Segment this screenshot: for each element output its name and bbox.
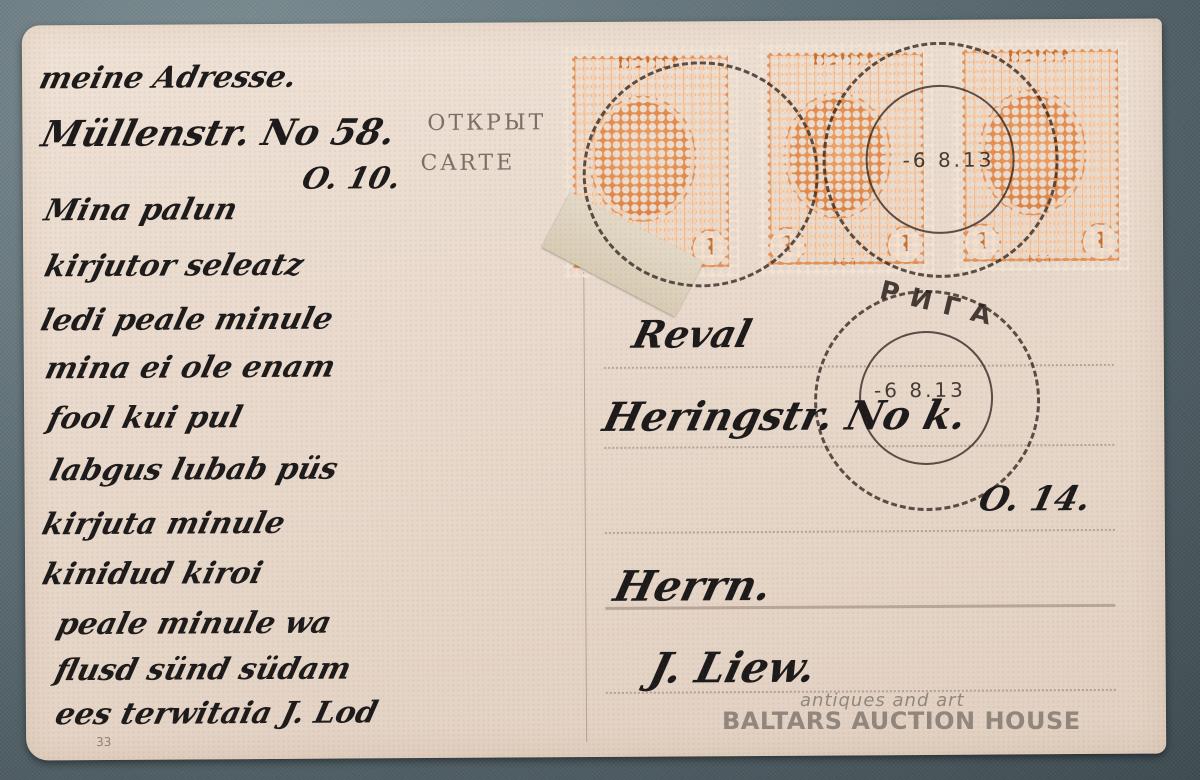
cancel-date: -6 8.13 bbox=[903, 148, 995, 173]
address-street: Heringstr. No k. bbox=[598, 392, 971, 441]
printed-title-french: CARTE bbox=[421, 150, 516, 176]
watermark: antiques and art BALTARS AUCTION HOUSE bbox=[722, 690, 1081, 735]
watermark-title: BALTARS AUCTION HOUSE bbox=[722, 707, 1081, 735]
message-line: ees terwitaia J. Lod bbox=[52, 695, 381, 732]
postcard: ОТКРЫТ CARTE ПОЧТА 1 1 КОП. ПОЧТА 1 1 КО… bbox=[22, 19, 1166, 761]
message-line: flusd sünd südam bbox=[51, 651, 354, 688]
printed-title-russian: ОТКРЫТ bbox=[427, 110, 546, 136]
message-line: labgus lubab püs bbox=[46, 452, 341, 489]
cancel-mark bbox=[582, 61, 819, 288]
message-line: kirjutor seleatz bbox=[41, 248, 307, 285]
message-line: O. 10. bbox=[298, 161, 404, 197]
address-line bbox=[605, 529, 1115, 534]
message-line: Müllenstr. No 58. bbox=[37, 111, 399, 155]
message-line: kirjuta minule bbox=[39, 506, 289, 543]
address-apartment: O. 14. bbox=[975, 479, 1095, 520]
address-salutation: Herrn. bbox=[609, 561, 777, 611]
message-line: fool kui pul bbox=[44, 400, 246, 436]
message-line: mina ei ole enam bbox=[42, 350, 339, 387]
address-recipient: J. Liew. bbox=[645, 643, 822, 693]
message-line: ledi peale minule bbox=[37, 302, 336, 339]
card-number: 33 bbox=[96, 735, 111, 749]
message-line: kinidud kiroi bbox=[39, 556, 267, 592]
card-divider-line bbox=[583, 272, 587, 742]
message-line: Mina palun bbox=[41, 192, 241, 228]
message-line: peale minule wa bbox=[53, 606, 335, 643]
message-line: meine Adresse. bbox=[36, 60, 301, 97]
address-city: Reval bbox=[628, 311, 756, 357]
